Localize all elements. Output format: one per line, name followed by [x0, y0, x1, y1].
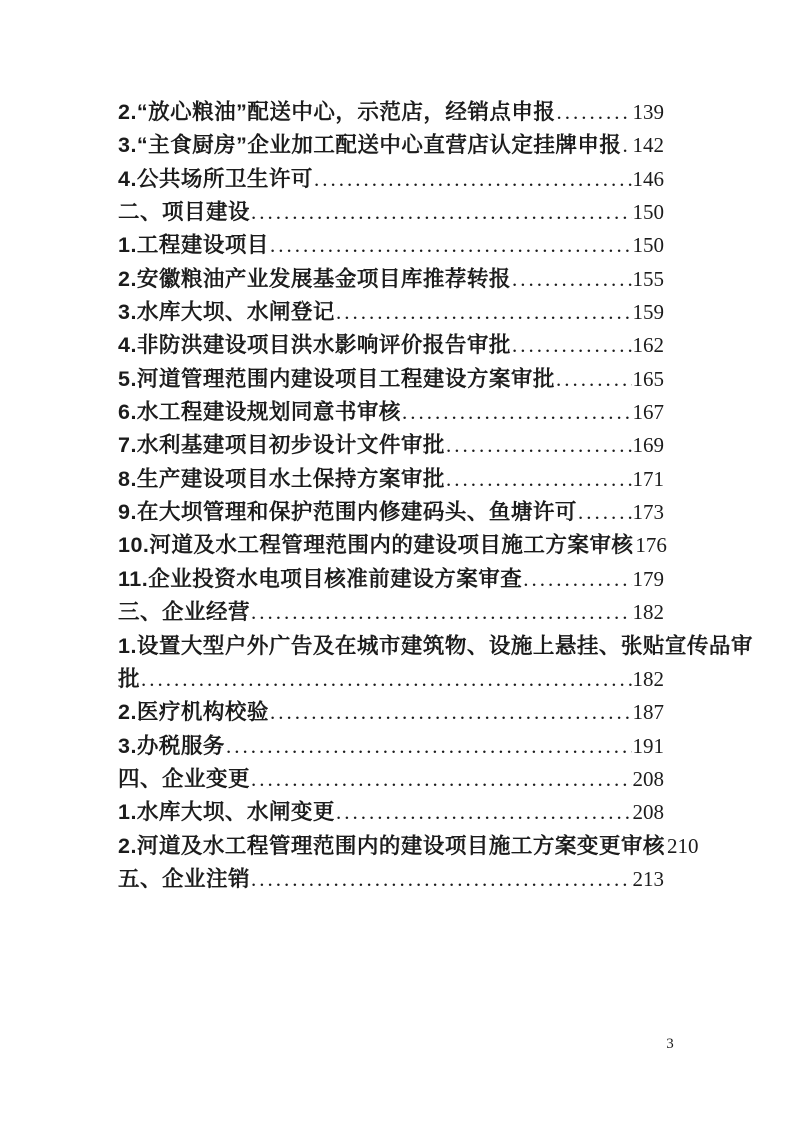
toc-row: 2.安徽粮油产业发展基金项目库推荐转报 155: [118, 263, 664, 296]
toc-entry-text: 三、企业经营: [118, 596, 250, 629]
toc-row: 5.河道管理范围内建设项目工程建设方案审批 165: [118, 363, 664, 396]
toc-row: 二、项目建设 150: [118, 196, 664, 229]
toc-entry-page: 167: [633, 396, 665, 429]
toc-entry-text: 6.水工程建设规划同意书审核: [118, 396, 401, 429]
toc-entry-text: 二、项目建设: [118, 196, 250, 229]
toc-entry-page: 169: [633, 429, 665, 462]
toc-entry-text: 9.在大坝管理和保护范围内修建码头、鱼塘许可: [118, 496, 577, 529]
toc-row: 五、企业注销 213: [118, 863, 664, 896]
toc-row: 3.水库大坝、水闸登记 159: [118, 296, 664, 329]
toc-dot-leader: [251, 763, 631, 796]
toc-dot-leader: [251, 863, 631, 896]
toc-entry-page: 182: [633, 663, 665, 696]
toc-dot-leader: [251, 596, 631, 629]
toc-entry-page: 173: [633, 496, 665, 529]
toc-entry-page: 182: [633, 596, 665, 629]
toc-dot-leader: [578, 496, 632, 529]
toc-row: 10.河道及水工程管理范围内的建设项目施工方案审核 176: [118, 529, 664, 562]
toc-row: 1.工程建设项目 150: [118, 229, 664, 262]
toc-entry-text: 1.水库大坝、水闸变更: [118, 796, 335, 829]
toc-row: 8.生产建设项目水土保持方案审批 171: [118, 463, 664, 496]
toc-row: 2.“放心粮油”配送中心，示范店，经销点申报 139: [118, 96, 664, 129]
toc-entry-page: 176: [635, 529, 667, 562]
toc-row: 9.在大坝管理和保护范围内修建码头、鱼塘许可 173: [118, 496, 664, 529]
toc-dot-leader: [622, 129, 631, 162]
toc-row: 7.水利基建项目初步设计文件审批 169: [118, 429, 664, 462]
toc-entry-page: 162: [633, 329, 665, 362]
toc-row: 3.“主食厨房”企业加工配送中心直营店认定挂牌申报 142: [118, 129, 664, 162]
toc-entry-page: 146: [633, 163, 665, 196]
toc-entry-text: 1.设置大型户外广告及在城市建筑物、设施上悬挂、张贴宣传品审: [118, 630, 753, 663]
toc-entry-text: 2.河道及水工程管理范围内的建设项目施工方案变更审核: [118, 830, 665, 863]
toc-row: 11.企业投资水电项目核准前建设方案审查 179: [118, 563, 664, 596]
toc-dot-leader: [270, 229, 632, 262]
toc-entry-page: 191: [633, 730, 665, 763]
toc-entry-text: 五、企业注销: [118, 863, 250, 896]
toc-entry-page: 187: [633, 696, 665, 729]
toc-entry-page: 210: [667, 830, 699, 863]
toc-entry-text: 四、企业变更: [118, 763, 250, 796]
toc-entry-page: 159: [633, 296, 665, 329]
toc-dot-leader: [512, 329, 632, 362]
toc-entry-text: 11.企业投资水电项目核准前建设方案审查: [118, 563, 522, 596]
toc-entry-page: 142: [633, 129, 665, 162]
toc-dot-leader: [556, 96, 631, 129]
toc-entry-text: 批: [118, 663, 140, 696]
toc-dot-leader: [556, 363, 632, 396]
toc-entry-text: 10.河道及水工程管理范围内的建设项目施工方案审核: [118, 529, 633, 562]
document-page: 2.“放心粮油”配送中心，示范店，经销点申报 139 3.“主食厨房”企业加工配…: [0, 0, 793, 1122]
toc-entry-text: 1.工程建设项目: [118, 229, 269, 262]
toc-entry-text: 2.医疗机构校验: [118, 696, 269, 729]
toc-dot-leader: [512, 263, 632, 296]
toc-entry-text: 8.生产建设项目水土保持方案审批: [118, 463, 445, 496]
toc-entry-text: 7.水利基建项目初步设计文件审批: [118, 429, 445, 462]
toc-entry-page: 208: [633, 763, 665, 796]
toc-entry-page: 179: [633, 563, 665, 596]
toc-entry-text: 2.安徽粮油产业发展基金项目库推荐转报: [118, 263, 511, 296]
toc-row: 批 182: [118, 663, 664, 696]
toc-entry-page: 155: [633, 263, 665, 296]
toc-dot-leader: [523, 563, 631, 596]
toc-entry-page: 150: [633, 229, 665, 262]
toc-row: 2.医疗机构校验 187: [118, 696, 664, 729]
toc-list: 2.“放心粮油”配送中心，示范店，经销点申报 139 3.“主食厨房”企业加工配…: [118, 96, 664, 896]
toc-dot-leader: [336, 296, 632, 329]
toc-dot-leader: [314, 163, 632, 196]
footer-page-number: 3: [660, 1036, 680, 1053]
toc-dot-leader: [141, 663, 631, 696]
toc-dot-leader: [270, 696, 632, 729]
toc-entry-page: 165: [633, 363, 665, 396]
toc-entry-text: 3.办税服务: [118, 730, 225, 763]
toc-entry-page: 171: [633, 463, 665, 496]
toc-entry-text: 2.“放心粮油”配送中心，示范店，经销点申报: [118, 96, 555, 129]
toc-row: 三、企业经营 182: [118, 596, 664, 629]
toc-row: 4.非防洪建设项目洪水影响评价报告审批 162: [118, 329, 664, 362]
toc-row: 1.水库大坝、水闸变更 208: [118, 796, 664, 829]
toc-entry-text: 3.水库大坝、水闸登记: [118, 296, 335, 329]
toc-dot-leader: [446, 463, 632, 496]
toc-entry-text: 4.公共场所卫生许可: [118, 163, 313, 196]
toc-entry-page: 139: [633, 96, 665, 129]
toc-entry-page: 208: [633, 796, 665, 829]
toc-row: 四、企业变更 208: [118, 763, 664, 796]
toc-entry-text: 5.河道管理范围内建设项目工程建设方案审批: [118, 363, 555, 396]
toc-entry-text: 4.非防洪建设项目洪水影响评价报告审批: [118, 329, 511, 362]
toc-dot-leader: [226, 730, 632, 763]
toc-dot-leader: [251, 196, 631, 229]
toc-row: 2.河道及水工程管理范围内的建设项目施工方案变更审核 210: [118, 830, 664, 863]
toc-entry-page: 213: [633, 863, 665, 896]
toc-entry-text: 3.“主食厨房”企业加工配送中心直营店认定挂牌申报: [118, 129, 621, 162]
toc-dot-leader: [336, 796, 632, 829]
toc-row: 3.办税服务 191: [118, 730, 664, 763]
toc-dot-leader: [446, 429, 632, 462]
toc-row: 6.水工程建设规划同意书审核 167: [118, 396, 664, 429]
toc-row: 1.设置大型户外广告及在城市建筑物、设施上悬挂、张贴宣传品审: [118, 630, 664, 663]
toc-row: 4.公共场所卫生许可 146: [118, 163, 664, 196]
toc-dot-leader: [402, 396, 632, 429]
toc-entry-page: 150: [633, 196, 665, 229]
